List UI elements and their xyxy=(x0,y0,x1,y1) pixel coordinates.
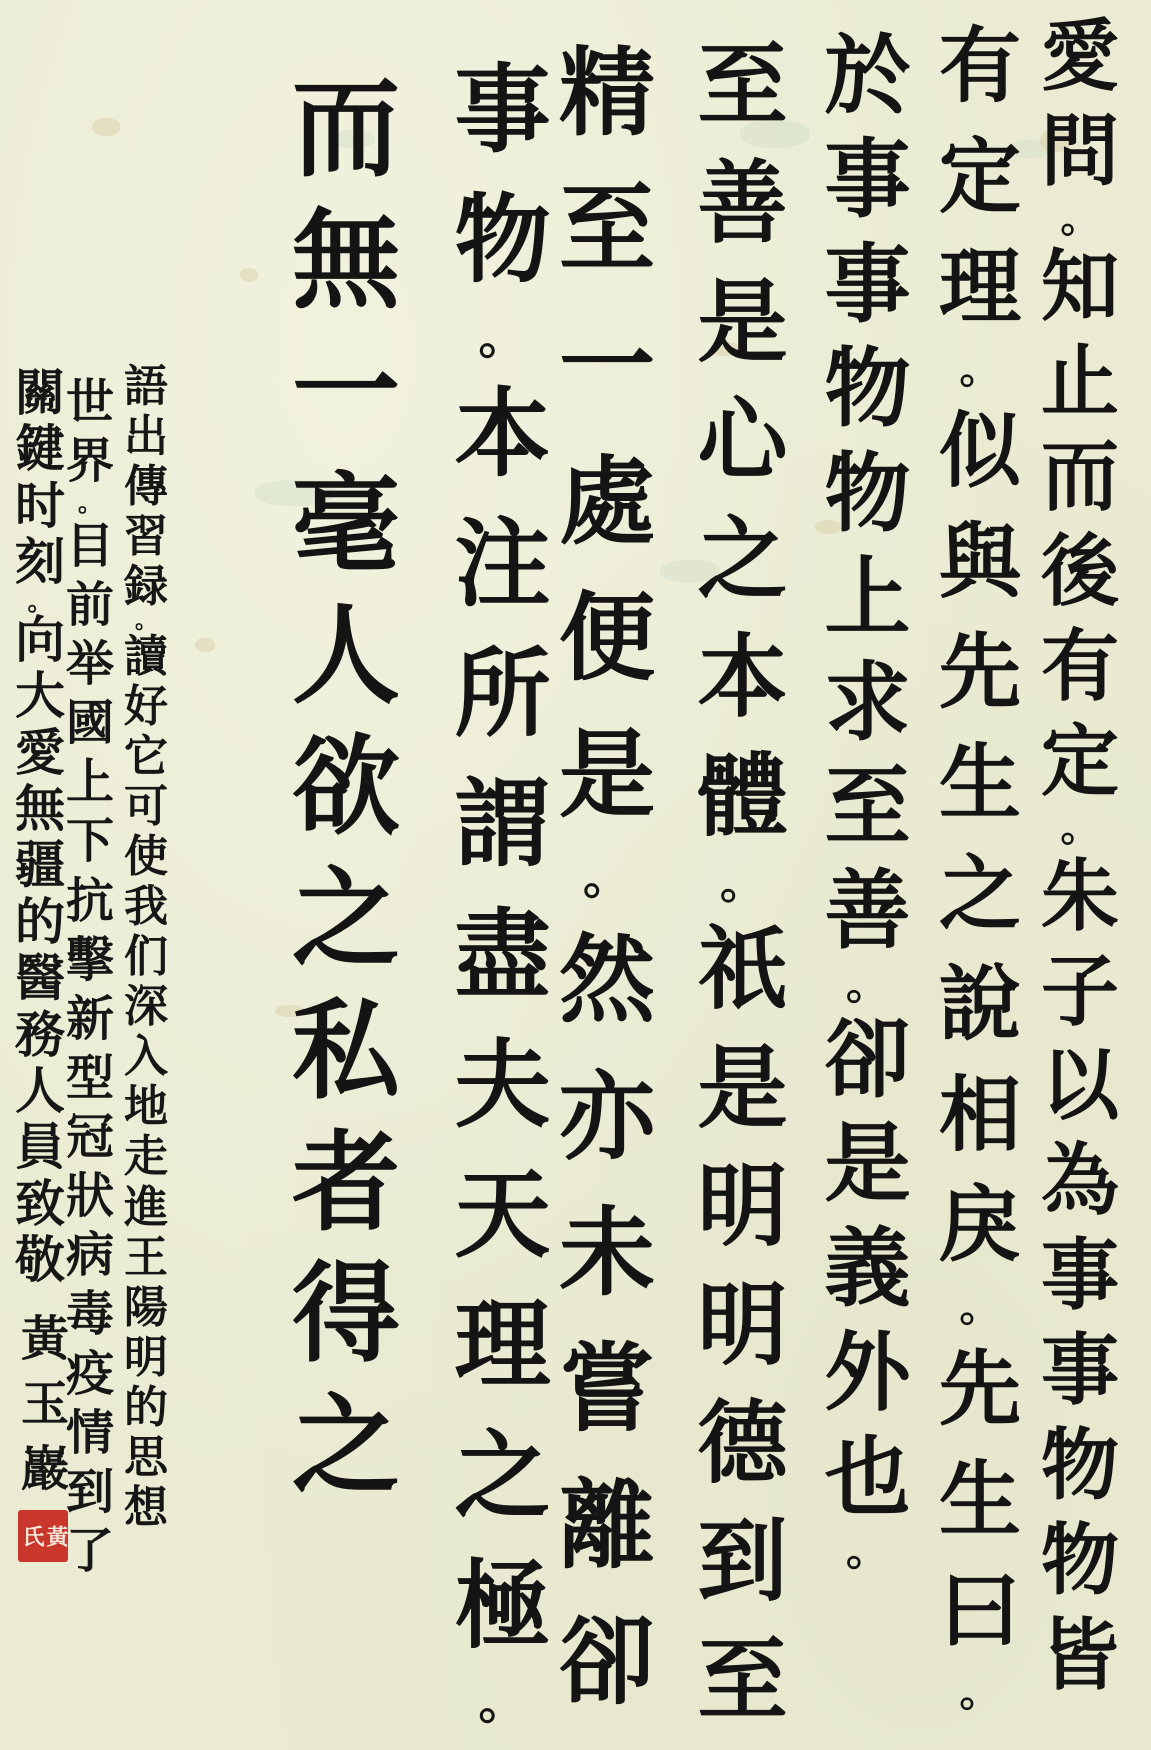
glyph: 好 xyxy=(123,685,169,729)
glyph: 使 xyxy=(123,835,169,879)
glyph: 祇 xyxy=(695,924,790,1014)
glyph: 定 xyxy=(1039,723,1121,801)
glyph: 習 xyxy=(123,515,169,559)
glyph: 所 xyxy=(452,646,553,742)
glyph: 事 xyxy=(1039,1237,1121,1315)
paper-fleck xyxy=(195,638,215,652)
glyph: 者 xyxy=(289,1129,402,1237)
glyph: 走 xyxy=(123,1135,169,1179)
glyph: 關 xyxy=(14,368,67,418)
glyph: 醫 xyxy=(14,953,67,1003)
glyph: 朱 xyxy=(1039,858,1121,936)
punctuation-mark: 。 xyxy=(845,973,890,999)
main-text-column-5: 精至一處便是。然亦未嘗離卻 xyxy=(548,45,666,1710)
glyph: 有 xyxy=(1039,628,1121,706)
glyph: 它 xyxy=(123,735,169,779)
glyph: 事 xyxy=(1039,1332,1121,1410)
glyph: 皆 xyxy=(1039,1617,1121,1695)
glyph: 愛 xyxy=(14,728,67,778)
main-text-column-2: 有定理。似與先生之說相戾。先生曰。 xyxy=(930,25,1030,1705)
glyph: 物 xyxy=(1039,1427,1121,1505)
glyph: 嘗 xyxy=(557,1341,658,1437)
calligraphy-paper: 愛問。知止而後有定。朱子以為事事物物皆 有定理。似與先生之說相戾。先生曰。 於事… xyxy=(0,0,1151,1750)
glyph: 到 xyxy=(695,1516,790,1606)
glyph: 本 xyxy=(695,632,790,722)
glyph: 理 xyxy=(452,1297,553,1393)
punctuation-mark: 。 xyxy=(477,323,527,352)
glyph: 是 xyxy=(695,1043,790,1133)
glyph: 善 xyxy=(822,868,912,954)
glyph: 讀 xyxy=(123,635,169,679)
glyph: 的 xyxy=(123,1386,169,1430)
glyph: 天 xyxy=(452,1167,553,1263)
glyph: 深 xyxy=(123,985,169,1029)
glyph: 與 xyxy=(937,521,1023,603)
glyph: 鍵 xyxy=(14,424,67,474)
glyph: 巖 xyxy=(20,1445,70,1493)
punctuation-mark: 。 xyxy=(27,594,53,609)
glyph: 之 xyxy=(937,853,1023,935)
punctuation-mark: 。 xyxy=(134,615,157,628)
glyph: 得 xyxy=(289,1260,402,1368)
glyph: 語 xyxy=(123,365,169,409)
glyph: 善 xyxy=(695,158,790,248)
glyph: 明 xyxy=(695,1280,790,1370)
glyph: 本 xyxy=(452,386,553,482)
glyph: 事 xyxy=(452,62,553,158)
glyph: 思 xyxy=(123,1436,169,1480)
red-seal-stamp: 黃氏 xyxy=(18,1510,68,1562)
glyph: 先 xyxy=(937,631,1023,713)
glyph: 向 xyxy=(14,615,67,665)
paper-fleck xyxy=(92,118,120,136)
glyph: 亦 xyxy=(557,1069,658,1165)
glyph: 之 xyxy=(289,865,402,973)
glyph: 陽 xyxy=(123,1286,169,1330)
glyph: 理 xyxy=(937,246,1023,328)
glyph: 明 xyxy=(695,1161,790,1251)
glyph: 致 xyxy=(14,1179,67,1229)
glyph: 黃 xyxy=(20,1315,70,1363)
punctuation-mark: 。 xyxy=(77,496,102,510)
glyph: 疆 xyxy=(14,840,67,890)
glyph: 員 xyxy=(14,1122,67,1172)
glyph: 欲 xyxy=(289,733,402,841)
glyph: 上 xyxy=(822,555,912,641)
glyph: 録 xyxy=(123,565,169,609)
glyph: 私 xyxy=(289,997,402,1105)
glyph: 我 xyxy=(123,885,169,929)
glyph: 先 xyxy=(937,1348,1023,1430)
glyph: 求 xyxy=(822,660,912,746)
punctuation-mark: 。 xyxy=(958,1295,1001,1320)
glyph: 務 xyxy=(14,1010,67,1060)
glyph: 然 xyxy=(557,932,658,1028)
glyph: 於 xyxy=(822,33,912,119)
glyph: 敬 xyxy=(14,1235,67,1285)
glyph: 子 xyxy=(1039,953,1121,1031)
glyph: 定 xyxy=(937,136,1023,218)
glyph: 一 xyxy=(557,318,658,414)
main-text-column-1: 愛問。知止而後有定。朱子以為事事物物皆 xyxy=(1030,18,1130,1695)
glyph: 為 xyxy=(1039,1142,1121,1220)
glyph: 生 xyxy=(937,742,1023,824)
glyph: 至 xyxy=(822,764,912,850)
glyph: 戾 xyxy=(937,1184,1023,1266)
glyph: 處 xyxy=(557,454,658,550)
glyph: 物 xyxy=(452,192,553,288)
glyph: 人 xyxy=(14,1066,67,1116)
glyph: 出 xyxy=(123,415,169,459)
glyph: 地 xyxy=(123,1085,169,1129)
glyph: 物 xyxy=(1039,1522,1121,1600)
glyph: 卻 xyxy=(822,1017,912,1103)
glyph: 有 xyxy=(937,25,1023,107)
glyph: 大 xyxy=(14,671,67,721)
glyph: 至 xyxy=(695,40,790,130)
glyph: 物 xyxy=(822,346,912,432)
punctuation-mark: 。 xyxy=(958,357,1001,382)
punctuation-mark: 。 xyxy=(719,869,766,896)
glyph: 卻 xyxy=(557,1614,658,1710)
glyph: 也 xyxy=(822,1435,912,1521)
glyph: 之 xyxy=(695,514,790,604)
seal-text: 黃氏 xyxy=(19,1525,68,1547)
glyph: 是 xyxy=(695,277,790,367)
punctuation-mark: 。 xyxy=(477,1688,527,1717)
glyph: 至 xyxy=(557,181,658,277)
glyph: 是 xyxy=(557,727,658,823)
paper-fleck xyxy=(240,268,258,282)
glyph: 說 xyxy=(937,963,1023,1045)
glyph: 傳 xyxy=(123,465,169,509)
glyph: 而 xyxy=(1039,438,1121,516)
glyph: 了 xyxy=(65,1527,115,1575)
main-text-column-4: 至善是心之本體。祇是明明德到至 xyxy=(690,40,795,1725)
glyph: 無 xyxy=(289,207,402,315)
glyph: 夫 xyxy=(452,1037,553,1133)
inscription-column-1: 語出傳習録。讀好它可使我们深入地走進王陽明的思想 xyxy=(112,365,180,1530)
glyph: 離 xyxy=(557,1478,658,1574)
glyph: 德 xyxy=(695,1398,790,1488)
glyph: 想 xyxy=(123,1486,169,1530)
glyph: 似 xyxy=(937,410,1023,492)
punctuation-mark: 。 xyxy=(1060,208,1101,231)
glyph: 生 xyxy=(937,1459,1023,1541)
glyph: 注 xyxy=(452,516,553,612)
punctuation-mark: 。 xyxy=(1060,817,1101,840)
glyph: 之 xyxy=(452,1428,553,1524)
glyph: 玉 xyxy=(20,1380,70,1428)
glyph: 至 xyxy=(695,1635,790,1725)
glyph: 後 xyxy=(1039,533,1121,611)
punctuation-mark: 。 xyxy=(845,1539,890,1565)
glyph: 时 xyxy=(14,481,67,531)
glyph: 毫 xyxy=(289,470,402,578)
glyph: 無 xyxy=(14,784,67,834)
glyph: 的 xyxy=(14,897,67,947)
glyph: 心 xyxy=(695,395,790,485)
punctuation-mark: 。 xyxy=(958,1680,1001,1705)
main-text-column-3: 於事事物物上求至善。卻是義外也。 xyxy=(810,33,925,1565)
glyph: 明 xyxy=(123,1336,169,1380)
glyph: 止 xyxy=(1039,343,1121,421)
glyph: 知 xyxy=(1039,248,1121,326)
glyph: 謂 xyxy=(452,776,553,872)
glyph: 可 xyxy=(123,785,169,829)
glyph: 便 xyxy=(557,590,658,686)
glyph: 以 xyxy=(1039,1047,1121,1125)
glyph: 而 xyxy=(289,75,402,183)
glyph: 一 xyxy=(289,338,402,446)
glyph: 们 xyxy=(123,935,169,979)
glyph: 體 xyxy=(695,751,790,841)
glyph: 相 xyxy=(937,1074,1023,1156)
glyph: 曰 xyxy=(937,1570,1023,1652)
glyph: 進 xyxy=(123,1186,169,1230)
glyph: 事 xyxy=(822,242,912,328)
glyph: 物 xyxy=(822,451,912,537)
inscription-column-3: 關鍵时刻。向大愛無疆的醫務人員致敬 xyxy=(6,368,74,1285)
glyph: 是 xyxy=(822,1121,912,1207)
glyph: 問 xyxy=(1039,113,1121,191)
glyph: 人 xyxy=(289,602,402,710)
glyph: 盡 xyxy=(452,907,553,1003)
glyph: 事 xyxy=(822,137,912,223)
main-text-column-7: 而無一毫人欲之私者得之 xyxy=(280,75,412,1500)
glyph: 入 xyxy=(123,1035,169,1079)
glyph: 精 xyxy=(557,45,658,141)
main-text-column-6: 事物。本注所謂盡夫天理之極。 xyxy=(440,62,565,1717)
punctuation-mark: 。 xyxy=(582,863,632,892)
glyph: 極 xyxy=(452,1558,553,1654)
glyph: 之 xyxy=(289,1392,402,1500)
glyph: 義 xyxy=(822,1226,912,1312)
glyph: 刻 xyxy=(14,537,67,587)
glyph: 未 xyxy=(557,1205,658,1301)
glyph: 王 xyxy=(123,1236,169,1280)
glyph: 外 xyxy=(822,1330,912,1416)
artist-signature: 黃玉巖 xyxy=(16,1315,74,1493)
glyph: 愛 xyxy=(1039,18,1121,96)
